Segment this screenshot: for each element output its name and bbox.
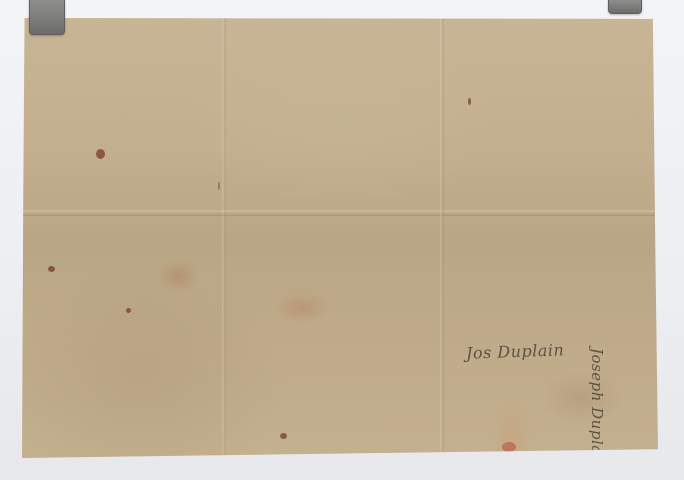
vertical-fold-line <box>222 18 226 458</box>
ink-mark <box>218 182 220 190</box>
ink-stain <box>468 98 471 105</box>
metal-clip-right <box>608 0 642 14</box>
ink-stain <box>280 433 287 439</box>
ink-stain <box>126 308 131 313</box>
red-stain <box>502 442 516 452</box>
parchment-document: Jos Duplain Joseph Duplaix <box>22 18 658 458</box>
horizontal-fold-line <box>22 210 658 216</box>
ink-stain <box>96 149 105 159</box>
metal-clip-left <box>29 0 65 35</box>
vertical-fold-line <box>440 18 444 458</box>
handwritten-signature-horizontal: Jos Duplain <box>466 340 565 362</box>
ink-stain <box>48 266 55 272</box>
